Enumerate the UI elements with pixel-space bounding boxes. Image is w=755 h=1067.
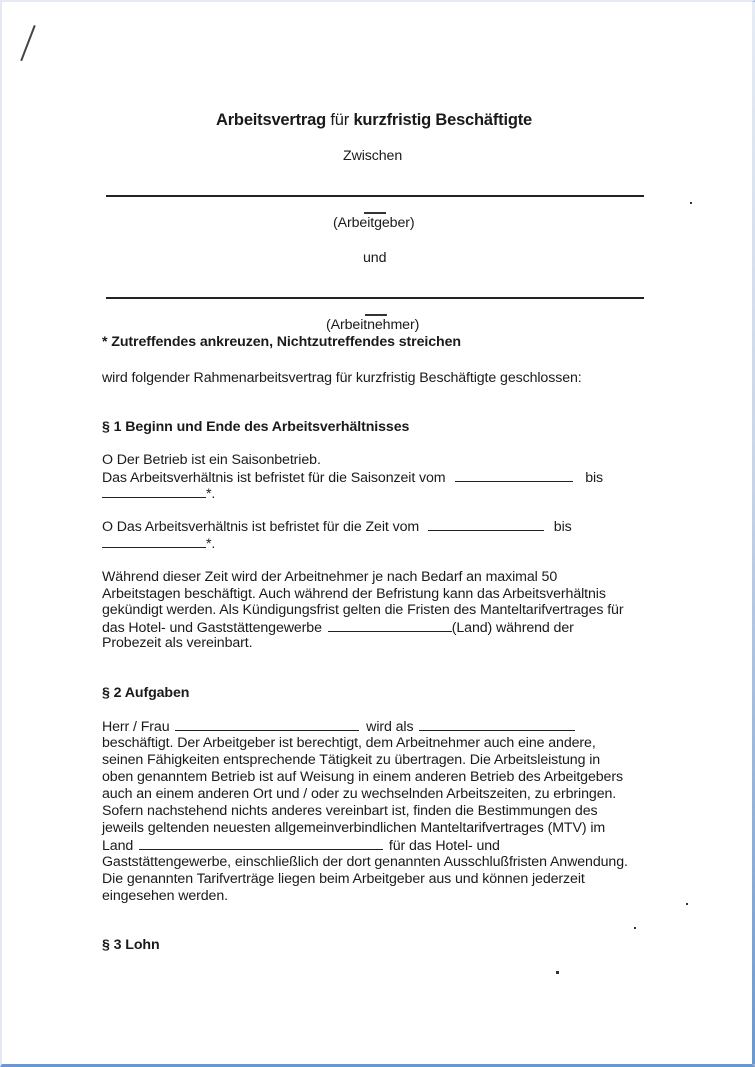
section2-line: oben genanntem Betrieb ist auf Weisung i… [102,769,623,786]
document-page: Arbeitsvertrag für kurzfristig Beschäfti… [0,0,755,1067]
section2-line: Sofern nachstehend nichts anderes verein… [102,803,597,820]
section3-heading: § 3 Lohn [102,937,160,954]
scan-speck [686,903,688,905]
employee-label: (Arbeitnehmer) [326,317,419,334]
section2-heading: § 2 Aufgaben [102,685,189,702]
title-part: kurzfristig Beschäftigte [353,111,532,129]
scan-speck [634,927,636,929]
section1-option1: O Der Betrieb ist ein Saisonbetrieb. [102,452,321,469]
text: für das Hotel- und [389,838,500,854]
document-title: Arbeitsvertrag für kurzfristig Beschäfti… [216,111,532,130]
section2-line: Herr / Frau wird als [102,718,575,736]
section1-para-line: Während dieser Zeit wird der Arbeitnehme… [102,569,557,586]
asterisk: *. [206,486,215,502]
text: wird als [366,719,413,735]
land-field-1[interactable] [328,619,452,632]
text: das Hotel- und Gaststättengewerbe [102,620,322,636]
employee-signature-line[interactable] [106,297,644,299]
text: (Land) während der [452,620,574,636]
overbar-mark [365,314,387,316]
section1-para-line: Arbeitstagen beschäftigt. Auch während d… [102,586,606,603]
season-start-field[interactable] [455,469,573,482]
land-field-2[interactable] [139,837,383,850]
intro-text: wird folgender Rahmenarbeitsvertrag für … [102,370,582,387]
footnote: * Zutreffendes ankreuzen, Nichtzutreffen… [102,334,461,351]
section1-heading: § 1 Beginn und Ende des Arbeitsverhältni… [102,419,409,436]
section1-option1-line2: Das Arbeitsverhältnis ist befristet für … [102,469,603,487]
section2-line: eingesehen werden. [102,888,228,905]
section1-para-line: das Hotel- und Gaststättengewerbe (Land)… [102,619,574,637]
scan-speck [556,971,559,974]
section1-para-line: Probezeit als vereinbart. [102,635,253,652]
text: Das Arbeitsverhältnis ist befristet für … [102,470,446,486]
bis-label: bis [585,470,603,486]
scan-speck [690,202,692,204]
section1-option2: O Das Arbeitsverhältnis ist befristet fü… [102,518,572,536]
title-part: für [330,111,349,129]
section2-line: beschäftigt. Der Arbeitgeber ist berecht… [102,735,596,752]
asterisk: *. [206,536,215,552]
period-end-field[interactable] [102,535,206,548]
employer-label: (Arbeitgeber) [333,215,415,232]
section2-line: seinen Fähigkeiten entsprechende Tätigke… [102,752,600,769]
and-label: und [363,250,386,267]
section1-option1-line3: *. [102,485,215,503]
bis-label: bis [554,519,572,535]
text: Land [102,838,133,854]
position-field[interactable] [419,718,575,731]
section1-para-line: gekündigt werden. Als Kündigungsfrist ge… [102,602,623,619]
section2-line: jeweils geltenden neuesten allgemeinverb… [102,820,605,837]
employer-signature-line[interactable] [106,195,644,197]
overbar-mark [364,212,386,214]
employee-name-field[interactable] [175,718,359,731]
section1-option2-line2: *. [102,535,215,553]
section2-line: Die genannten Tarifverträge liegen beim … [102,871,585,888]
between-label: Zwischen [343,148,402,165]
text: Herr / Frau [102,719,169,735]
title-part: Arbeitsvertrag [216,111,326,129]
text: O Das Arbeitsverhältnis ist befristet fü… [102,519,419,535]
section2-line: Gaststättengewerbe, einschließlich der d… [102,854,628,871]
period-start-field[interactable] [428,518,544,531]
section2-line: Land für das Hotel- und [102,837,500,855]
season-end-field[interactable] [102,485,206,498]
section2-line: auch an einem anderen Ort und / oder zu … [102,786,616,803]
pen-mark [20,25,35,61]
